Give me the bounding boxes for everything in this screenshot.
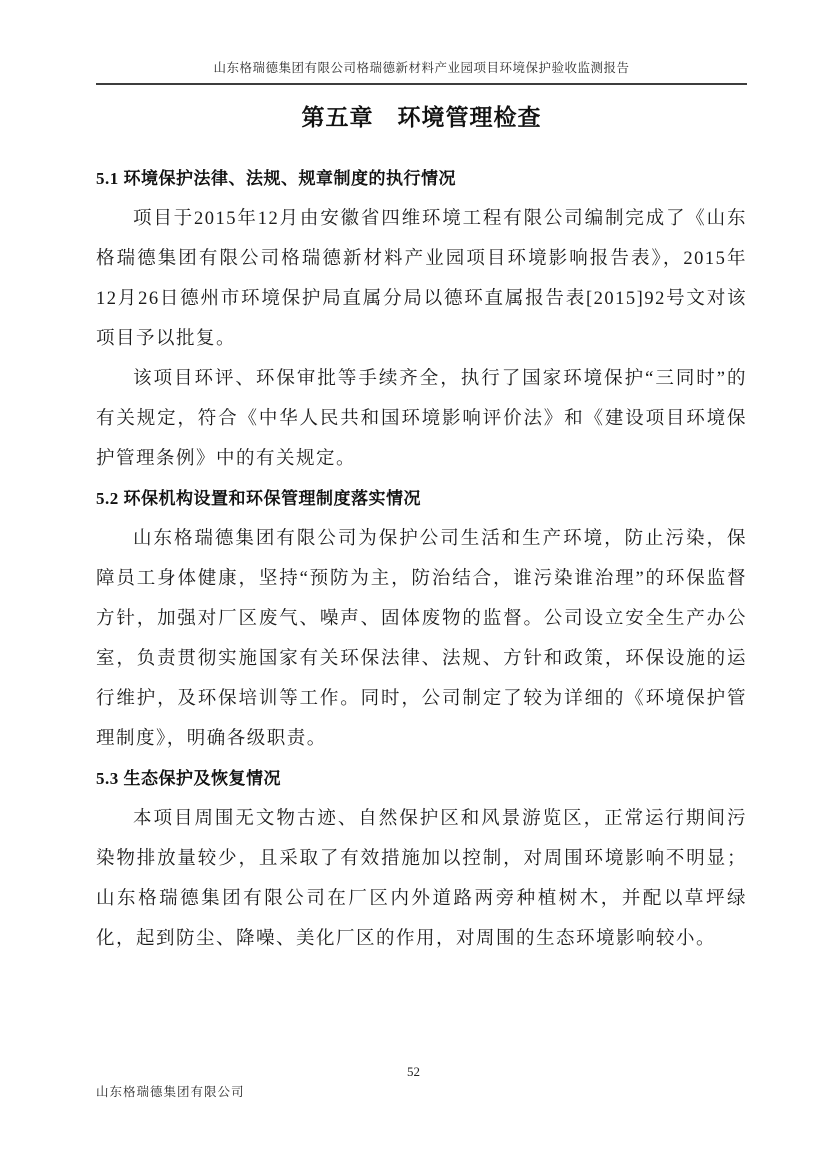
section-5-2-paragraph-1: 山东格瑞德集团有限公司为保护公司生活和生产环境，防止污染，保障员工身体健康，坚持…: [96, 519, 747, 759]
running-header-title: 山东格瑞德集团有限公司格瑞德新材料产业园项目环境保护验收监测报告: [96, 60, 747, 76]
section-5-1-paragraph-2: 该项目环评、环保审批等手续齐全，执行了国家环境保护“三同时”的有关规定，符合《中…: [96, 359, 747, 479]
document-page: 山东格瑞德集团有限公司格瑞德新材料产业园项目环境保护验收监测报告 第五章 环境管…: [0, 0, 827, 1169]
page-number: 52: [0, 1064, 827, 1080]
section-5-1: 5.1 环境保护法律、法规、规章制度的执行情况 项目于2015年12月由安徽省四…: [96, 159, 747, 479]
section-5-1-paragraph-1: 项目于2015年12月由安徽省四维环境工程有限公司编制完成了《山东格瑞德集团有限…: [96, 199, 747, 359]
chapter-title: 第五章 环境管理检查: [96, 103, 747, 133]
section-5-1-heading: 5.1 环境保护法律、法规、规章制度的执行情况: [96, 159, 747, 199]
running-footer-company: 山东格瑞德集团有限公司: [96, 1082, 245, 1100]
section-5-3-paragraph-1: 本项目周围无文物古迹、自然保护区和风景游览区，正常运行期间污染物排放量较少，且采…: [96, 799, 747, 959]
section-5-2-heading: 5.2 环保机构设置和环保管理制度落实情况: [96, 479, 747, 519]
page-content: 山东格瑞德集团有限公司格瑞德新材料产业园项目环境保护验收监测报告 第五章 环境管…: [0, 0, 827, 959]
section-5-2: 5.2 环保机构设置和环保管理制度落实情况 山东格瑞德集团有限公司为保护公司生活…: [96, 479, 747, 759]
running-header: 山东格瑞德集团有限公司格瑞德新材料产业园项目环境保护验收监测报告: [96, 0, 747, 85]
section-5-3: 5.3 生态保护及恢复情况 本项目周围无文物古迹、自然保护区和风景游览区，正常运…: [96, 759, 747, 959]
section-5-3-heading: 5.3 生态保护及恢复情况: [96, 759, 747, 799]
